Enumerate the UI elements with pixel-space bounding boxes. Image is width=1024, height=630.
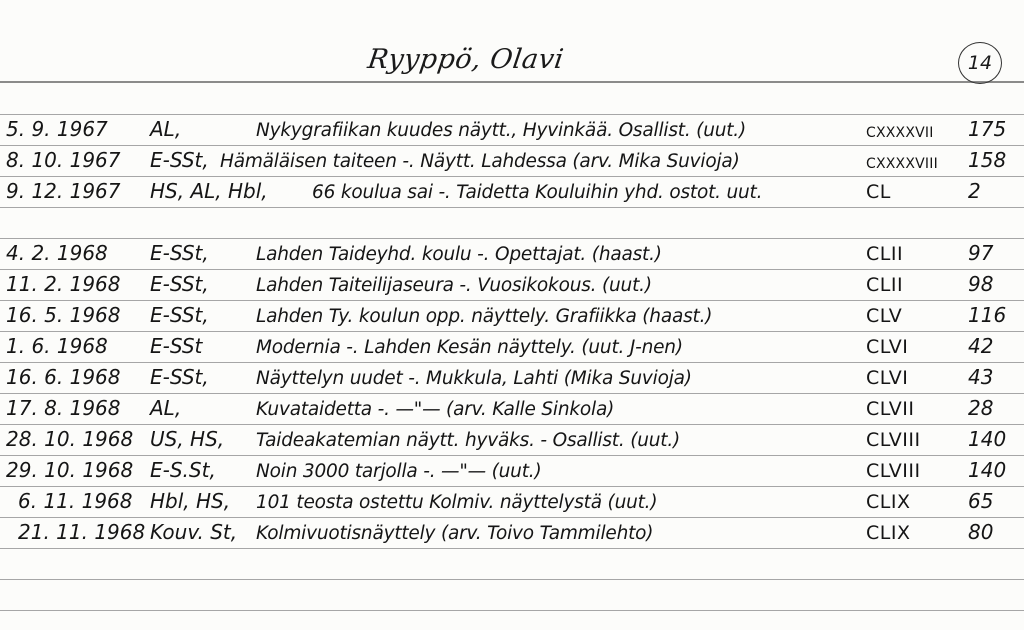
entry-date: 17. 8. 1968 [6,396,146,420]
entry-date: 5. 9. 1967 [6,117,146,141]
entry-text: Hämäläisen taiteen -. Näytt. Lahdessa (a… [220,151,740,172]
entry-volume: CL [866,181,891,203]
entry-page: 97 [968,241,1018,265]
header-rule [0,81,1024,83]
page-number: 14 [968,52,992,74]
entry-row: 16. 5. 1968 E-SSt, Lahden Ty. koulun opp… [0,300,1024,331]
entry-row: 29. 10. 1968 E-S.St, Noin 3000 tarjolla … [0,455,1024,486]
entry-text: Noin 3000 tarjolla -. —"— (uut.) [256,461,541,482]
entry-text: Modernia -. Lahden Kesän näyttely. (uut.… [256,337,683,358]
entry-page: 98 [968,272,1018,296]
entry-source: E-SSt, [150,365,209,389]
entry-source: Hbl, HS, [150,489,230,513]
entry-text: 66 koulua sai -. Taidetta Kouluihin yhd.… [312,182,762,203]
entry-source: E-SSt, [150,272,209,296]
entry-text: Taideakatemian näytt. hyväks. - Osallist… [256,430,680,451]
entry-date: 28. 10. 1968 [6,427,146,451]
entry-date: 4. 2. 1968 [6,241,146,265]
entry-date: 8. 10. 1967 [6,148,146,172]
entry-row: 11. 2. 1968 E-SSt, Lahden Taiteilijaseur… [0,269,1024,300]
entry-page: 65 [968,489,1018,513]
ruled-line [0,579,1024,580]
entry-page: 28 [968,396,1018,420]
entry-text: Nykygrafiikan kuudes näytt., Hyvinkää. O… [256,120,746,141]
entry-page: 140 [968,427,1018,451]
entry-row: 16. 6. 1968 E-SSt, Näyttelyn uudet -. Mu… [0,362,1024,393]
entry-row: 9. 12. 1967 HS, AL, Hbl, 66 koulua sai -… [0,176,1024,207]
entry-row: 28. 10. 1968 US, HS, Taideakatemian näyt… [0,424,1024,455]
ruled-line [0,610,1024,611]
entry-date: 6. 11. 1968 [18,489,158,513]
entry-volume: CLV [866,305,902,327]
entry-row: 4. 2. 1968 E-SSt, Lahden Taideyhd. koulu… [0,238,1024,269]
ruled-line [0,207,1024,208]
entry-source: AL, [150,117,181,141]
entry-volume: CXXXXVIII [866,156,938,172]
entry-source: E-S.St, [150,458,216,482]
entry-date: 9. 12. 1967 [6,179,146,203]
entry-text: Kolmivuotisnäyttely (arv. Toivo Tammileh… [256,523,653,544]
entry-row: 17. 8. 1968 AL, Kuvataidetta -. —"— (arv… [0,393,1024,424]
entry-text: Lahden Taideyhd. koulu -. Opettajat. (ha… [256,244,662,265]
entry-text: Näyttelyn uudet -. Mukkula, Lahti (Mika … [256,368,692,389]
entry-row: 21. 11. 1968 Kouv. St, Kolmivuotisnäytte… [0,517,1024,548]
entry-page: 80 [968,520,1018,544]
entry-page: 175 [968,117,1018,141]
entry-source: Kouv. St, [150,520,237,544]
entry-source: E-SSt, [150,241,209,265]
entry-volume: CLVIII [866,460,921,482]
entry-date: 16. 5. 1968 [6,303,146,327]
entry-row: 8. 10. 1967 E-SSt, Hämäläisen taiteen -.… [0,145,1024,176]
ruled-line [0,548,1024,549]
entry-source: US, HS, [150,427,224,451]
page-number-badge: 14 [958,42,1002,84]
entry-page: 140 [968,458,1018,482]
entry-source: E-SSt [150,334,202,358]
entry-date: 1. 6. 1968 [6,334,146,358]
entry-date: 29. 10. 1968 [6,458,146,482]
entry-volume: CLIX [866,522,910,544]
entry-text: Lahden Taiteilijaseura -. Vuosikokous. (… [256,275,652,296]
entry-text: 101 teosta ostettu Kolmiv. näyttelystä (… [256,492,657,513]
entry-row: 6. 11. 1968 Hbl, HS, 101 teosta ostettu … [0,486,1024,517]
entry-page: 158 [968,148,1018,172]
entry-date: 16. 6. 1968 [6,365,146,389]
entry-volume: CLII [866,274,903,296]
entry-page: 42 [968,334,1018,358]
entry-text: Kuvataidetta -. —"— (arv. Kalle Sinkola) [256,399,614,420]
entry-volume: CLII [866,243,903,265]
entry-source: E-SSt, [150,148,209,172]
entry-volume: CLVI [866,367,908,389]
index-card: Ryyppö, Olavi 14 5. 9. 1967 AL, Nykygraf… [0,0,1024,630]
entry-text: Lahden Ty. koulun opp. näyttely. Grafiik… [256,306,712,327]
entry-source: E-SSt, [150,303,209,327]
entry-source: AL, [150,396,181,420]
entry-date: 21. 11. 1968 [18,520,158,544]
entry-volume: CXXXXVII [866,125,934,141]
entry-page: 116 [968,303,1018,327]
entry-volume: CLVI [866,336,908,358]
entry-volume: CLVII [866,398,914,420]
card-title: Ryyppö, Olavi [366,44,566,75]
entry-volume: CLVIII [866,429,921,451]
entry-date: 11. 2. 1968 [6,272,146,296]
entry-row: 1. 6. 1968 E-SSt Modernia -. Lahden Kesä… [0,331,1024,362]
entry-page: 43 [968,365,1018,389]
entry-source: HS, AL, Hbl, [150,179,268,203]
entry-volume: CLIX [866,491,910,513]
entry-page: 2 [968,179,1018,203]
entry-row: 5. 9. 1967 AL, Nykygrafiikan kuudes näyt… [0,114,1024,145]
